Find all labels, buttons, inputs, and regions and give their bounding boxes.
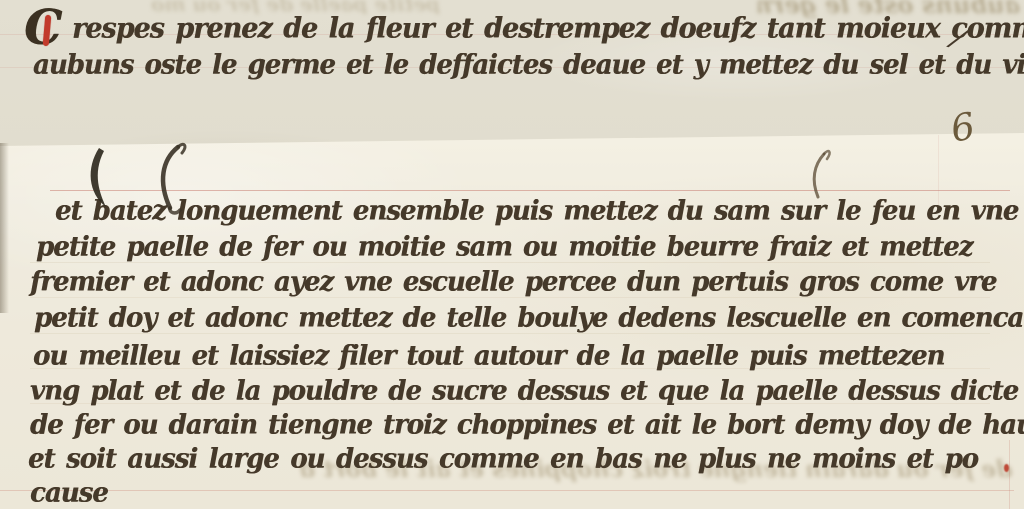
ruling-line [0,490,1014,491]
manuscript-line-8: vng plat et de la pouldre de sucre dessu… [30,375,988,406]
manuscript-line-9: de fer ou darain tiengne troiz choppines… [30,409,1002,440]
manuscript-line-7: ou meilleu et laissiez filer tout autour… [33,340,938,371]
page-edge-shadow [0,143,9,313]
manuscript-line-4: petite paelle de fer ou moitie sam ou mo… [36,231,954,262]
ruling-line [50,190,1010,191]
manuscript-line-6: petit doy et adonc mettez de telle bouly… [34,302,984,333]
manuscript-page: aubuns oste le germe et le deffaictes de… [0,0,1024,509]
manuscript-line-5: fremier et adonc ayez vne escuelle perce… [30,266,988,297]
margin-ruling-line [1009,440,1010,509]
manuscript-line-3: et batez longuement ensemble puis mettez… [55,195,973,226]
red-ink-dot [1004,464,1009,472]
manuscript-line-11: cause [30,477,108,508]
manuscript-line-2: aubuns oste le germe et le deffaictes de… [33,49,990,80]
manuscript-line-1: respes prenez de la fleur et destrempez … [72,12,970,44]
manuscript-line-10: et soit aussi large ou dessus comme en b… [28,443,978,474]
